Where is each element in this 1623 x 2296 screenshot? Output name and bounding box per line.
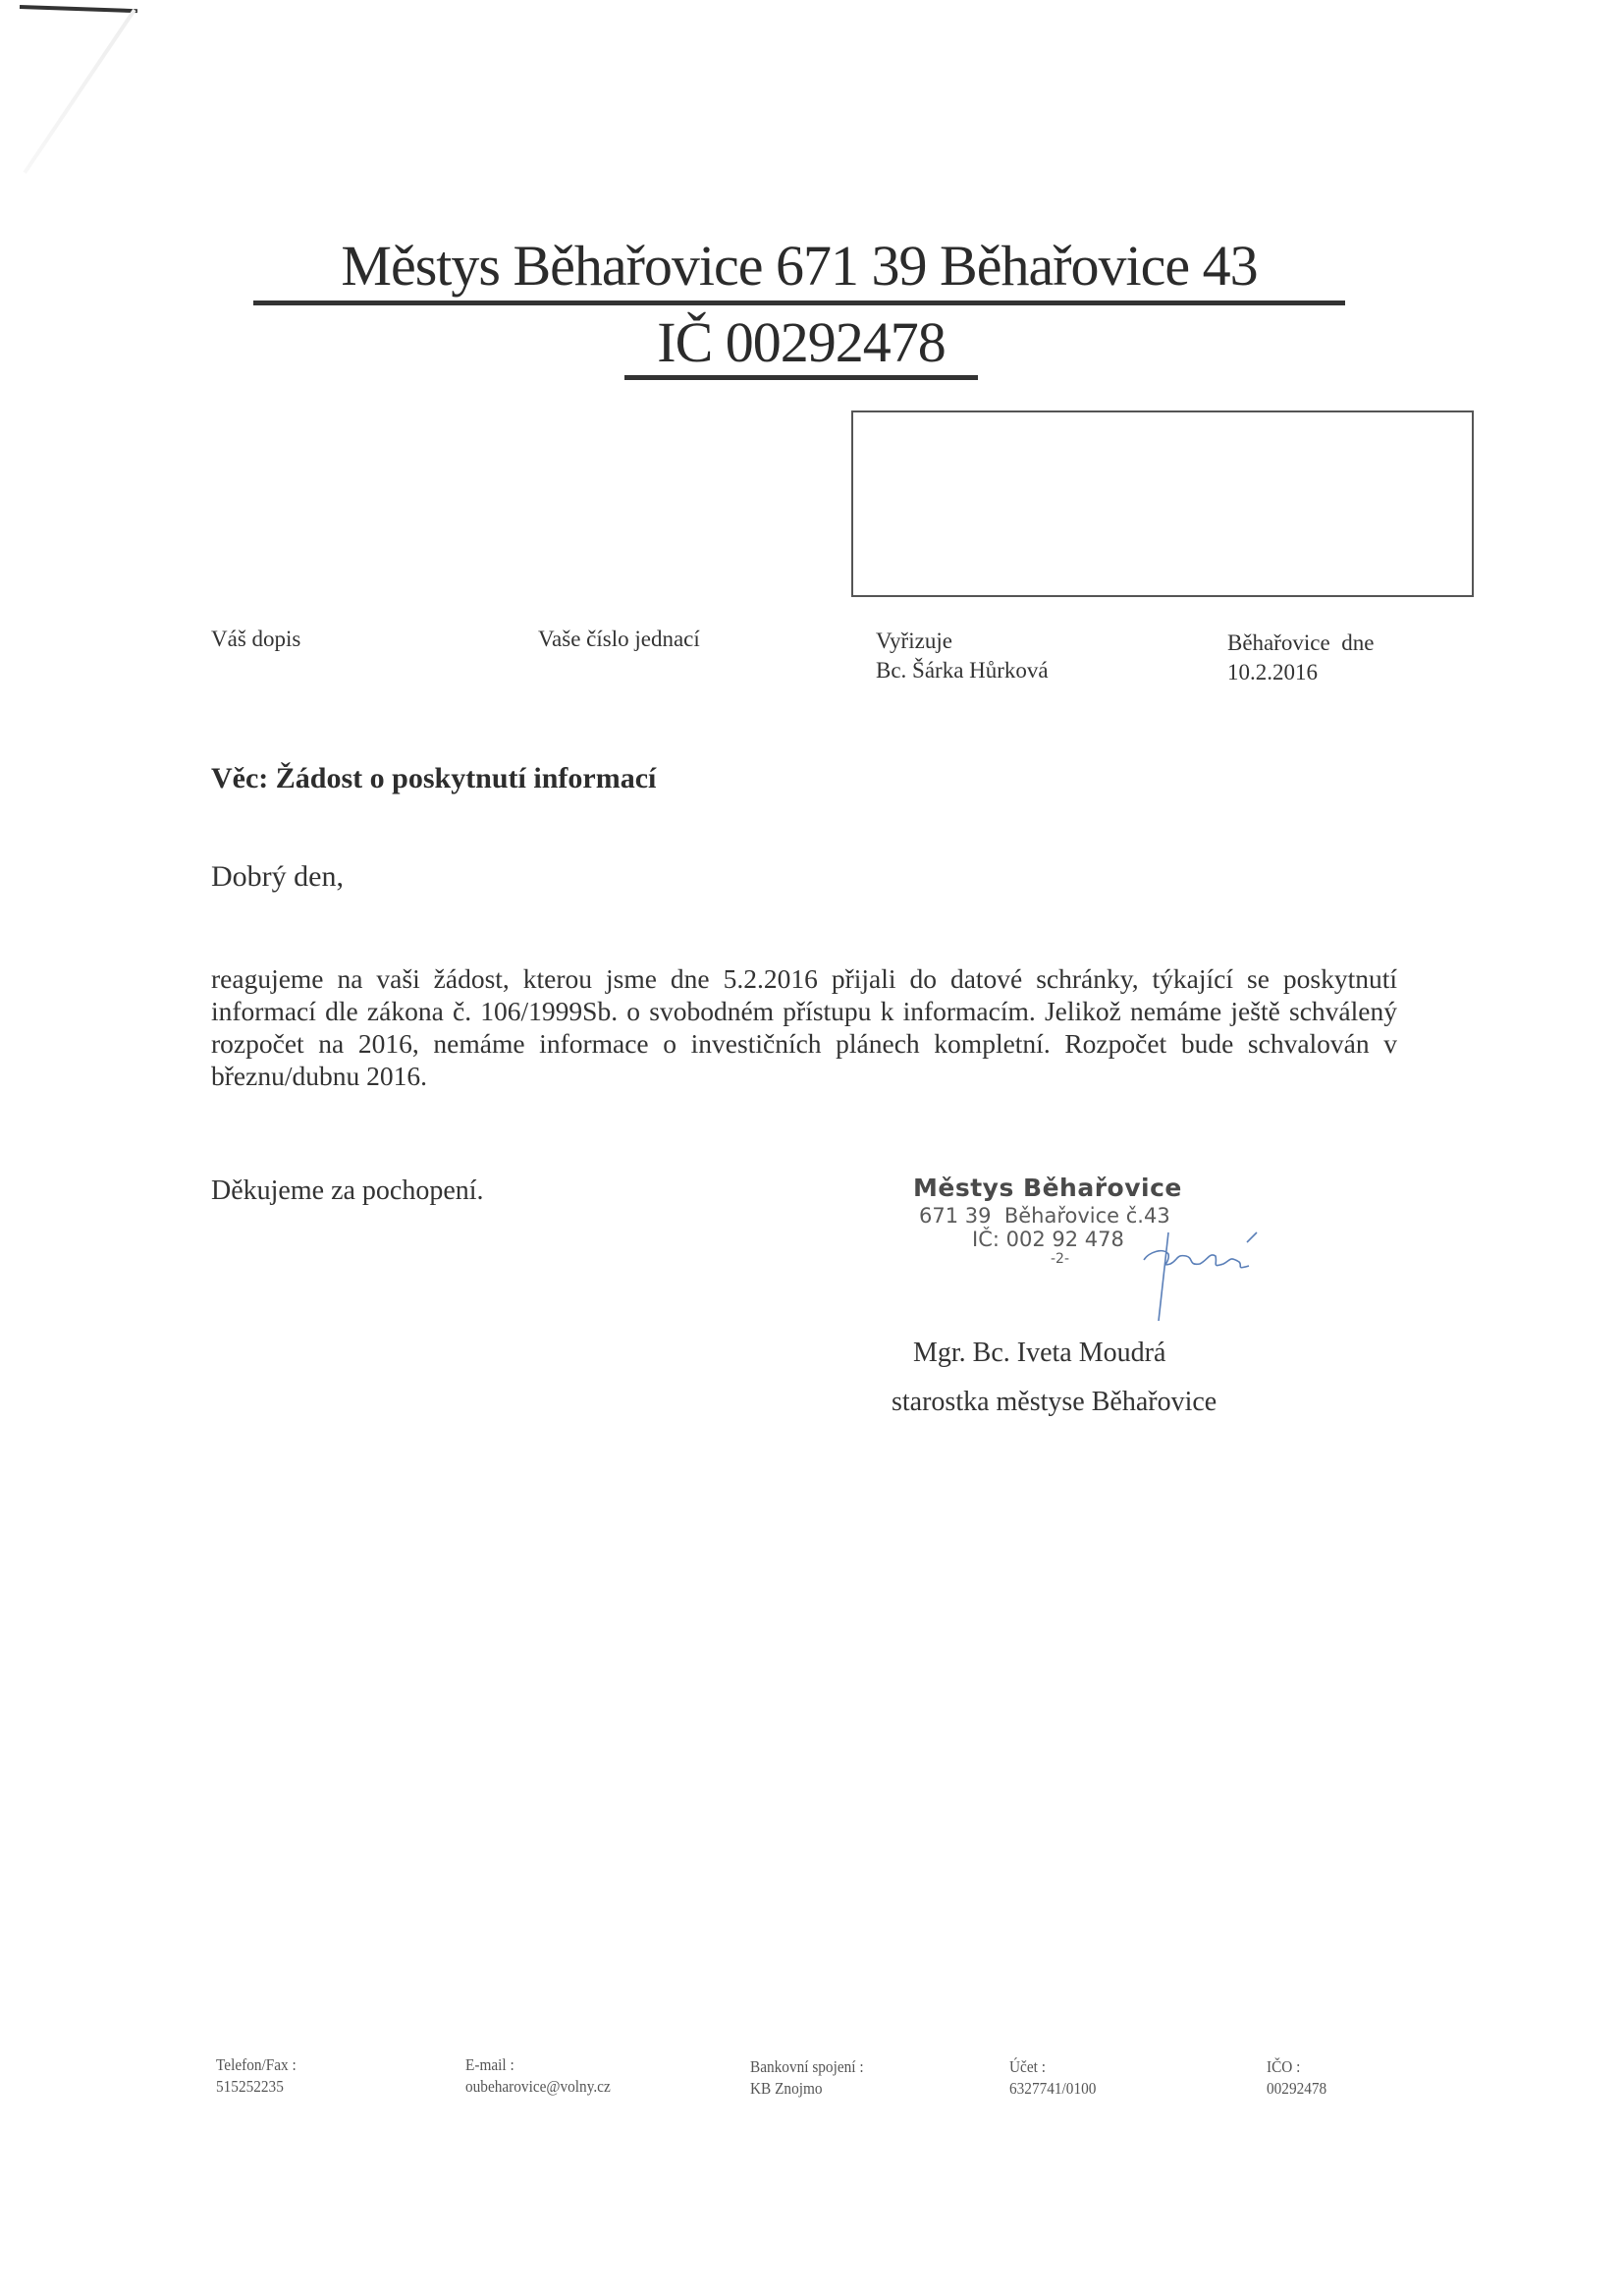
footer-ico-label: IČO : (1267, 2056, 1326, 2078)
footer-ico: IČO : 00292478 (1267, 2056, 1326, 2100)
signer-name: Mgr. Bc. Iveta Moudrá (913, 1338, 1165, 1369)
footer-account: Účet : 6327741/0100 (1009, 2056, 1096, 2100)
your-ref-label: Vaše číslo jednací (538, 625, 700, 654)
letter-date: 10.2.2016 (1227, 658, 1374, 687)
letter-body: reagujeme na vaši žádost, kterou jsme dn… (211, 962, 1397, 1092)
handwritten-signature (1109, 1213, 1286, 1321)
letter-subject: Věc: Žádost o poskytnutí informací (211, 762, 656, 795)
signer-title: starostka městyse Běhařovice (892, 1387, 1217, 1418)
place-date-label: Běhařovice dne (1227, 629, 1374, 658)
letterhead-ic: IČ 00292478 (624, 310, 978, 380)
footer-account-label: Účet : (1009, 2056, 1096, 2078)
letter-closing: Děkujeme za pochopení. (211, 1175, 484, 1207)
footer-ico-value: 00292478 (1267, 2078, 1326, 2100)
footer-email: E-mail : oubeharovice@volny.cz (465, 2054, 611, 2098)
your-letter-label: Váš dopis (211, 625, 300, 654)
footer-bank: Bankovní spojení : KB Znojmo (750, 2056, 864, 2100)
handled-by-name: Bc. Šárka Hůrková (876, 656, 1049, 685)
scan-artifact-line (20, 5, 137, 13)
footer-phone: Telefon/Fax : 515252235 (216, 2054, 297, 2098)
footer-bank-value: KB Znojmo (750, 2078, 864, 2100)
letterhead-title: Městys Běhařovice 671 39 Běhařovice 43 (253, 234, 1345, 305)
footer-bank-label: Bankovní spojení : (750, 2056, 864, 2078)
footer-phone-label: Telefon/Fax : (216, 2054, 297, 2076)
footer-phone-value: 515252235 (216, 2076, 297, 2098)
stamp-name: Městys Běhařovice (913, 1174, 1182, 1202)
footer-email-value: oubeharovice@volny.cz (465, 2076, 611, 2098)
handled-by: Vyřizuje Bc. Šárka Hůrková (876, 627, 1049, 685)
place-date: Běhařovice dne 10.2.2016 (1227, 629, 1374, 687)
scan-artifact-fold (24, 9, 136, 174)
footer-account-value: 6327741/0100 (1009, 2078, 1096, 2100)
recipient-address-box (851, 410, 1474, 597)
footer-email-label: E-mail : (465, 2054, 611, 2076)
handled-by-label: Vyřizuje (876, 627, 1049, 656)
letter-greeting: Dobrý den, (211, 860, 344, 894)
